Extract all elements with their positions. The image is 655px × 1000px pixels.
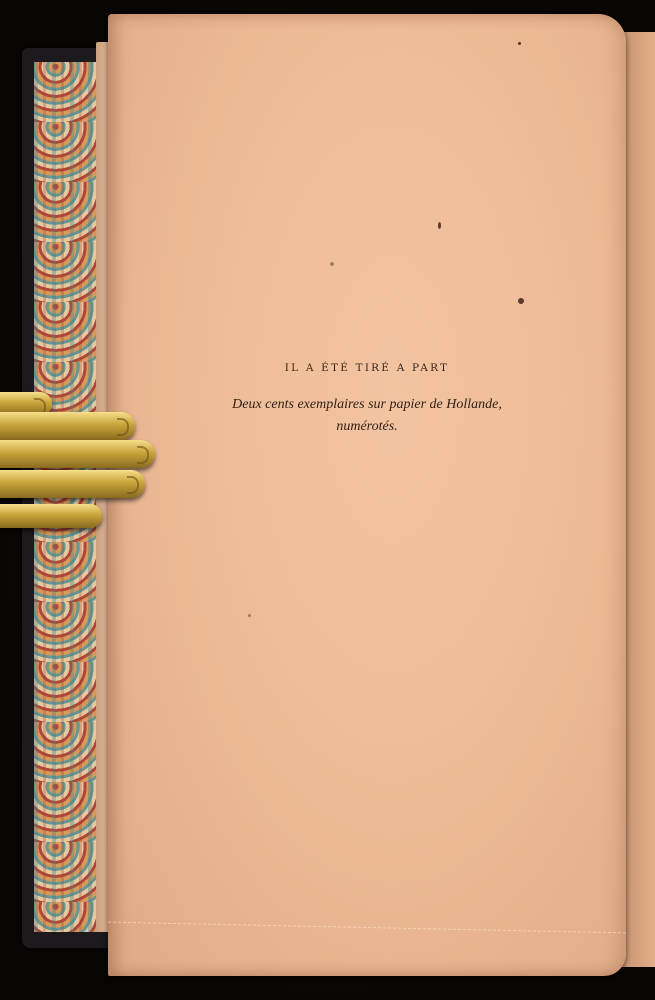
book-page	[108, 14, 626, 976]
foxing-spot	[330, 262, 334, 266]
page-body-line-1: Deux cents exemplaires sur papier de Hol…	[108, 397, 626, 413]
hand-finger	[0, 470, 145, 498]
hand-finger	[0, 440, 155, 468]
foxing-spot	[518, 42, 521, 45]
page-body-line-2: numérotés.	[108, 419, 626, 435]
hand-finger	[0, 412, 135, 440]
foxing-spot	[518, 298, 524, 304]
gilded-hand-bookmark	[0, 390, 160, 550]
next-page-edge	[622, 32, 655, 967]
hand-finger	[0, 504, 102, 528]
page-heading: IL A ÉTÉ TIRÉ A PART	[108, 362, 626, 374]
foxing-spot	[438, 222, 441, 229]
foxing-spot	[248, 614, 251, 617]
